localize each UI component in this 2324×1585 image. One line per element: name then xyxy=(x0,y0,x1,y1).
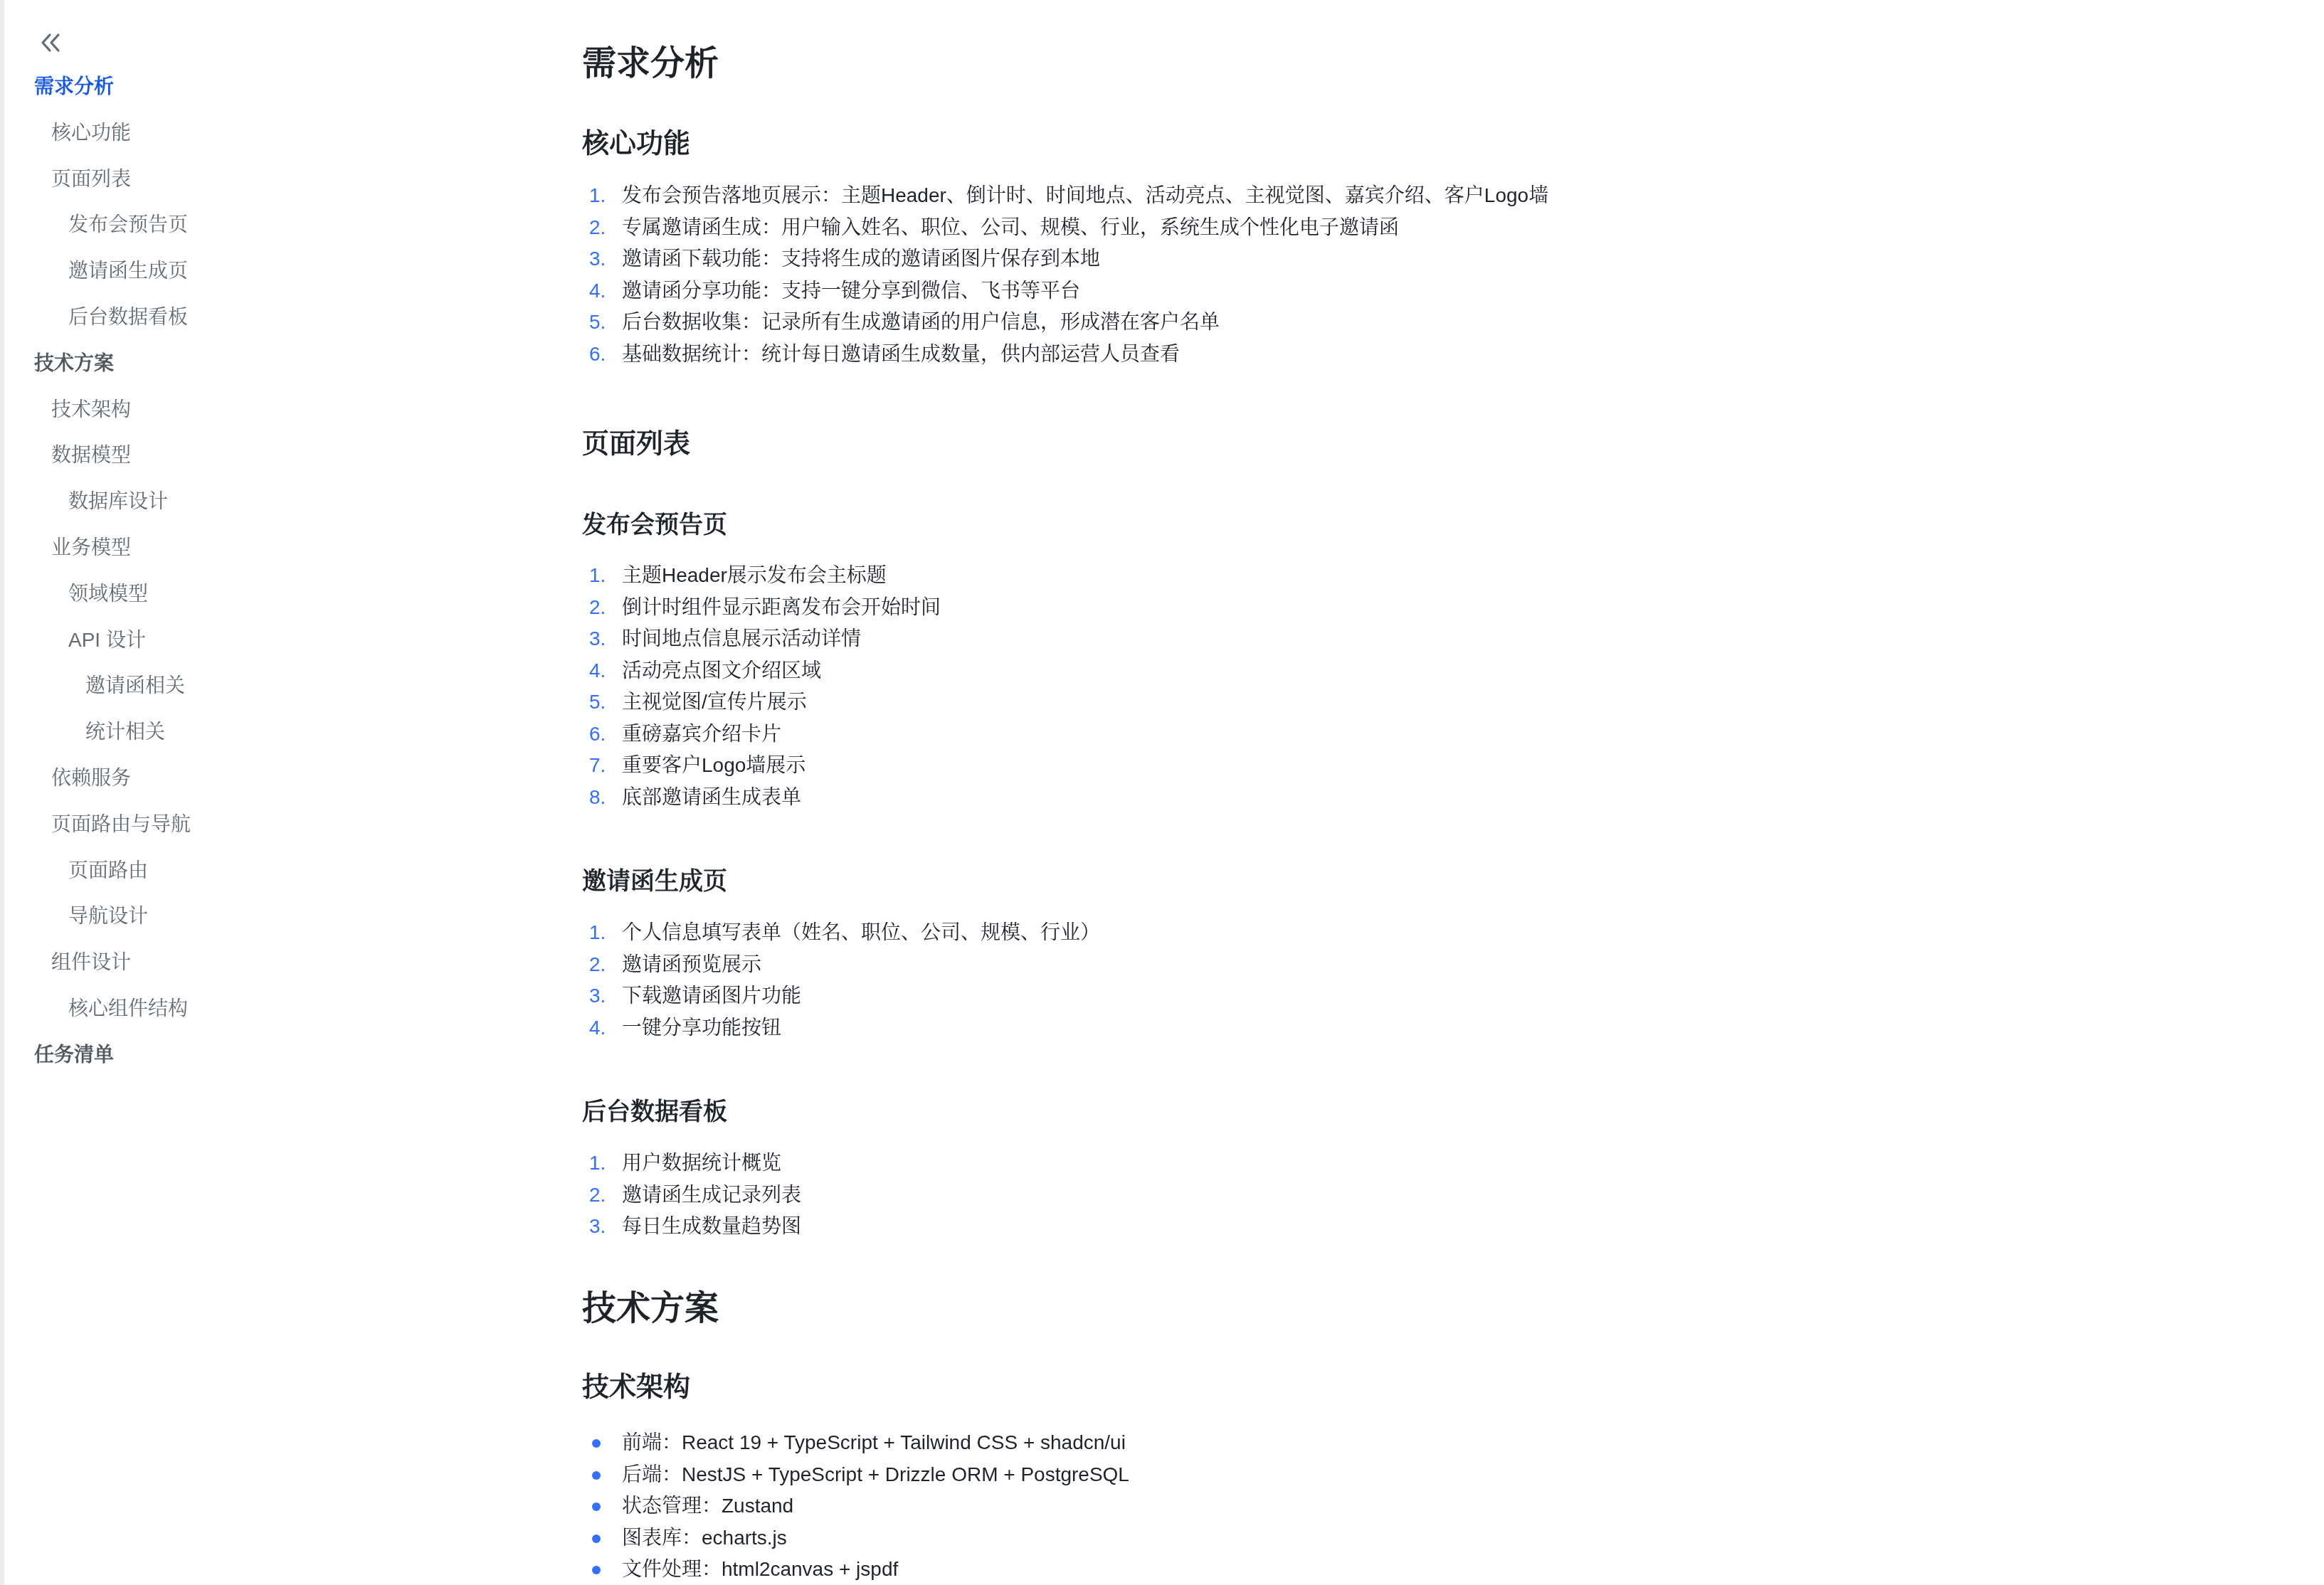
list-item: 7.重要客户Logo墙展示 xyxy=(582,750,941,782)
core-features-list: 1.发布会预告落地页展示：主题Header、倒计时、时间地点、活动亮点、主视觉图… xyxy=(582,180,1548,370)
list-item: 3.邀请函下载功能：支持将生成的邀请函图片保存到本地 xyxy=(582,243,1548,275)
toc-item-nav-design[interactable]: 导航设计 xyxy=(34,894,532,940)
list-number: 4. xyxy=(589,1012,606,1044)
heading-launch-page: 发布会预告页 xyxy=(582,505,727,540)
collapse-toc-button[interactable] xyxy=(37,28,65,57)
list-item: 5.后台数据收集：记录所有生成邀请函的用户信息，形成潜在客户名单 xyxy=(582,307,1548,339)
toc-item-component-design[interactable]: 组件设计 xyxy=(34,940,532,986)
list-number: 3. xyxy=(589,243,606,275)
bullet-dot-icon xyxy=(592,1502,601,1511)
toc-item-stats-api[interactable]: 统计相关 xyxy=(34,709,532,756)
list-item: 3.每日生成数量趋势图 xyxy=(582,1211,801,1243)
list-number: 2. xyxy=(589,592,606,624)
double-chevron-left-icon xyxy=(37,28,65,57)
heading-requirements: 需求分析 xyxy=(582,36,719,85)
bullet-dot-icon xyxy=(592,1439,601,1448)
toc-item-launch-page[interactable]: 发布会预告页 xyxy=(34,202,532,248)
list-item: 3.时间地点信息展示活动详情 xyxy=(582,623,941,655)
invite-page-list: 1.个人信息填写表单（姓名、职位、公司、规模、行业） 2.邀请函预览展示 3.下… xyxy=(582,917,1100,1044)
bullet-dot-icon xyxy=(592,1566,601,1574)
heading-tech-arch: 技术架构 xyxy=(582,1364,690,1404)
list-number: 6. xyxy=(589,339,606,371)
table-of-contents: 需求分析 核心功能 页面列表 发布会预告页 邀请函生成页 后台数据看板 技术方案… xyxy=(34,28,532,1078)
list-item: 1.主题Header展示发布会主标题 xyxy=(582,560,941,592)
heading-page-list: 页面列表 xyxy=(582,421,690,460)
document-window: 需求分析 核心功能 页面列表 发布会预告页 邀请函生成页 后台数据看板 技术方案… xyxy=(0,0,2324,1585)
list-item: 1.发布会预告落地页展示：主题Header、倒计时、时间地点、活动亮点、主视觉图… xyxy=(582,180,1548,212)
list-item: 2.专属邀请函生成：用户输入姓名、职位、公司、规模、行业，系统生成个性化电子邀请… xyxy=(582,212,1548,244)
list-item: 5.主视觉图/宣传片展示 xyxy=(582,687,941,719)
toc-item-tech-plan[interactable]: 技术方案 xyxy=(34,341,532,387)
toc-item-api-design[interactable]: API 设计 xyxy=(34,617,532,664)
list-number: 8. xyxy=(589,782,606,814)
list-item: 前端：React 19 + TypeScript + Tailwind CSS … xyxy=(582,1427,1129,1459)
list-number: 3. xyxy=(589,623,606,655)
list-number: 4. xyxy=(589,275,606,307)
bullet-dot-icon xyxy=(592,1471,601,1480)
list-item: 1.个人信息填写表单（姓名、职位、公司、规模、行业） xyxy=(582,917,1100,949)
list-number: 3. xyxy=(589,980,606,1012)
list-item: 6.重磅嘉宾介绍卡片 xyxy=(582,719,941,751)
list-item: 2.倒计时组件显示距离发布会开始时间 xyxy=(582,592,941,624)
list-item: 6.基础数据统计：统计每日邀请函生成数量，供内部运营人员查看 xyxy=(582,339,1548,371)
list-number: 2. xyxy=(589,212,606,244)
list-number: 1. xyxy=(589,560,606,592)
heading-core-features: 核心功能 xyxy=(582,121,690,160)
list-item: 2.邀请函生成记录列表 xyxy=(582,1180,801,1212)
list-number: 2. xyxy=(589,949,606,981)
list-item: 1.用户数据统计概览 xyxy=(582,1147,801,1180)
list-number: 1. xyxy=(589,1147,606,1180)
toc-list: 需求分析 核心功能 页面列表 发布会预告页 邀请函生成页 后台数据看板 技术方案… xyxy=(34,64,532,1078)
list-item: 4.邀请函分享功能：支持一键分享到微信、飞书等平台 xyxy=(582,275,1548,307)
toc-item-core-features[interactable]: 核心功能 xyxy=(34,110,532,157)
launch-page-list: 1.主题Header展示发布会主标题 2.倒计时组件显示距离发布会开始时间 3.… xyxy=(582,560,941,813)
list-number: 4. xyxy=(589,655,606,687)
toc-item-tech-arch[interactable]: 技术架构 xyxy=(34,387,532,433)
list-item: 8.底部邀请函生成表单 xyxy=(582,782,941,814)
list-number: 5. xyxy=(589,687,606,719)
list-item: 4.活动亮点图文介绍区域 xyxy=(582,655,941,687)
heading-invite-page: 邀请函生成页 xyxy=(582,862,727,896)
list-number: 1. xyxy=(589,180,606,212)
toc-item-routing-nav[interactable]: 页面路由与导航 xyxy=(34,802,532,848)
list-item: 图表库：echarts.js xyxy=(582,1522,1129,1554)
list-number: 7. xyxy=(589,750,606,782)
toc-item-task-list[interactable]: 任务清单 xyxy=(34,1032,532,1078)
toc-item-invite-api[interactable]: 邀请函相关 xyxy=(34,663,532,709)
list-number: 3. xyxy=(589,1211,606,1243)
toc-item-business-model[interactable]: 业务模型 xyxy=(34,525,532,571)
list-number: 6. xyxy=(589,719,606,751)
toc-item-page-routes[interactable]: 页面路由 xyxy=(34,848,532,894)
heading-dashboard-page: 后台数据看板 xyxy=(582,1092,727,1127)
toc-item-invite-page[interactable]: 邀请函生成页 xyxy=(34,248,532,295)
toc-item-dependencies[interactable]: 依赖服务 xyxy=(34,756,532,802)
list-item: 3.下载邀请函图片功能 xyxy=(582,980,1100,1012)
list-item: 4.一键分享功能按钮 xyxy=(582,1012,1100,1044)
list-number: 1. xyxy=(589,917,606,949)
toc-item-page-list[interactable]: 页面列表 xyxy=(34,157,532,203)
toc-item-core-components[interactable]: 核心组件结构 xyxy=(34,986,532,1032)
toc-item-domain-model[interactable]: 领域模型 xyxy=(34,571,532,617)
heading-tech-plan: 技术方案 xyxy=(582,1281,719,1330)
list-item: 文件处理：html2canvas + jspdf xyxy=(582,1554,1129,1585)
tech-arch-list: 前端：React 19 + TypeScript + Tailwind CSS … xyxy=(582,1427,1129,1585)
list-number: 5. xyxy=(589,307,606,339)
bullet-dot-icon xyxy=(592,1534,601,1543)
list-item: 2.邀请函预览展示 xyxy=(582,949,1100,981)
toc-item-data-model[interactable]: 数据模型 xyxy=(34,433,532,479)
list-item: 后端：NestJS + TypeScript + Drizzle ORM + P… xyxy=(582,1459,1129,1491)
list-number: 2. xyxy=(589,1180,606,1212)
toc-item-dashboard-page[interactable]: 后台数据看板 xyxy=(34,295,532,341)
toc-item-db-design[interactable]: 数据库设计 xyxy=(34,479,532,525)
dashboard-page-list: 1.用户数据统计概览 2.邀请函生成记录列表 3.每日生成数量趋势图 xyxy=(582,1147,801,1243)
toc-item-requirements[interactable]: 需求分析 xyxy=(34,64,532,110)
list-item: 状态管理：Zustand xyxy=(582,1490,1129,1522)
